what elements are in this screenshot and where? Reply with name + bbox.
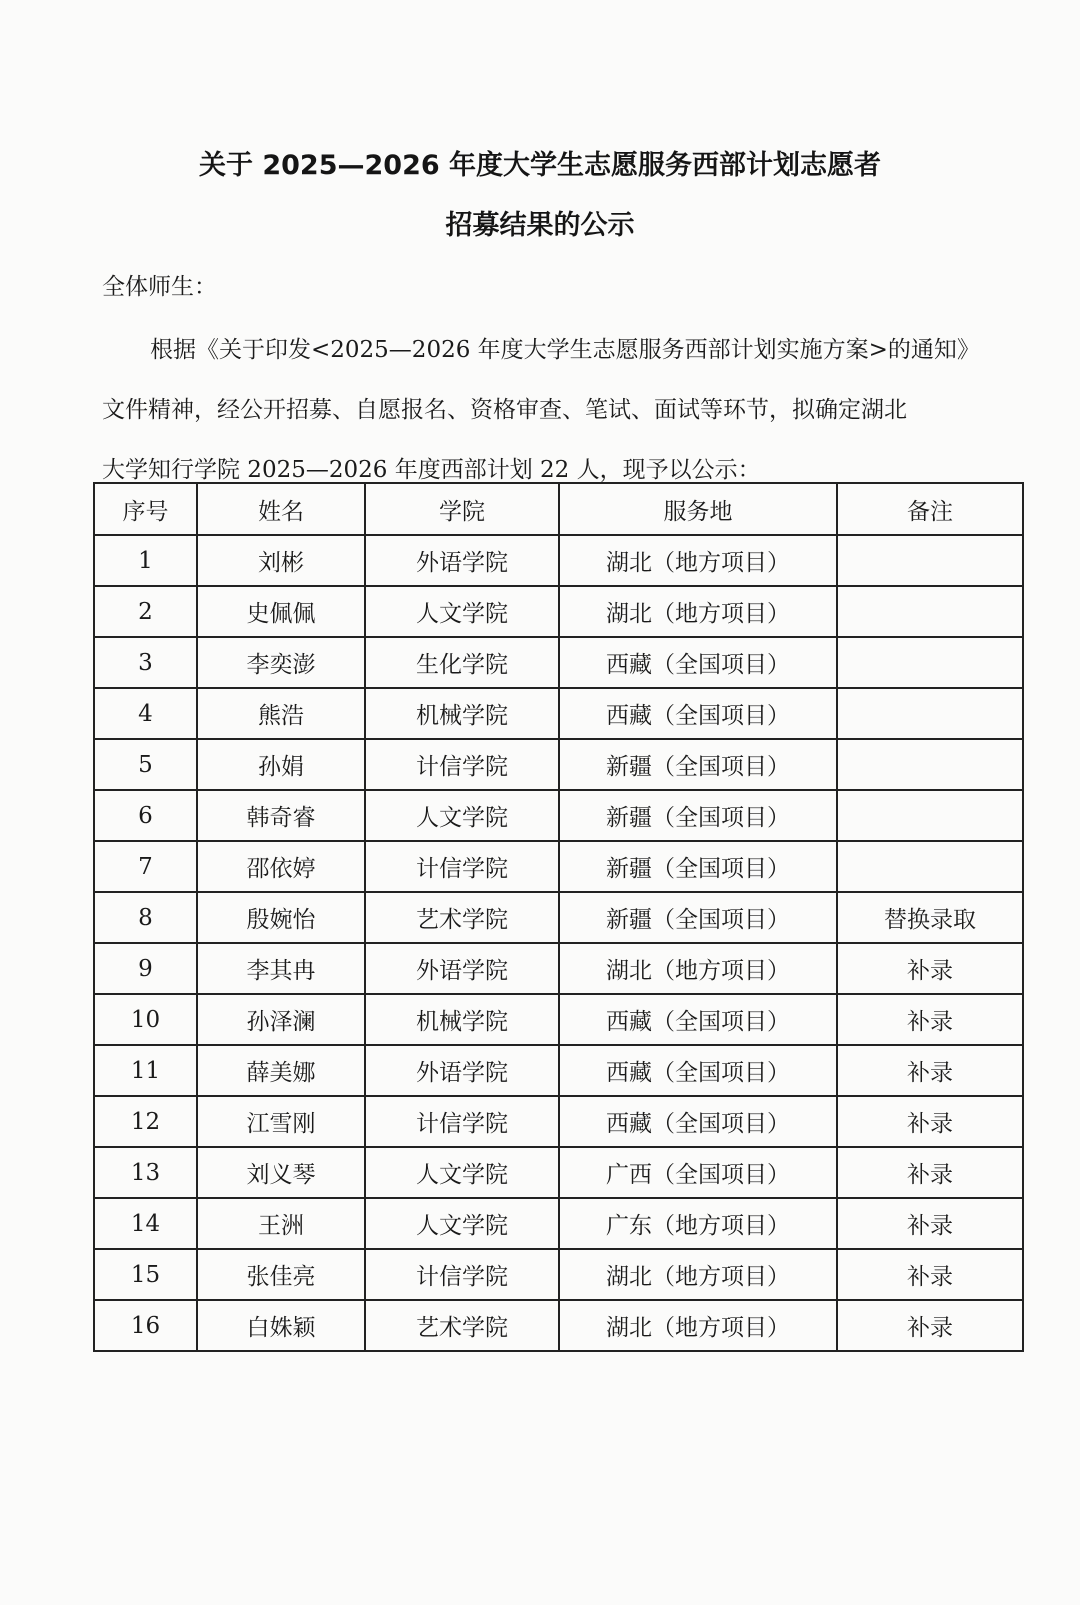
cell-note: 替换录取 <box>837 892 1023 943</box>
table-row: 14王洲人文学院广东（地方项目）补录 <box>94 1198 1023 1249</box>
cell-name: 张佳亮 <box>197 1249 365 1300</box>
document-title-line-2: 招募结果的公示 <box>0 203 1080 242</box>
cell-place: 广西（全国项目） <box>559 1147 837 1198</box>
cell-name: 白姝颖 <box>197 1300 365 1351</box>
table-row: 4熊浩机械学院西藏（全国项目） <box>94 688 1023 739</box>
table-row: 2史佩佩人文学院湖北（地方项目） <box>94 586 1023 637</box>
table-row: 11薛美娜外语学院西藏（全国项目）补录 <box>94 1045 1023 1096</box>
cell-note: 补录 <box>837 1045 1023 1096</box>
cell-college: 人文学院 <box>365 586 559 637</box>
cell-note: 补录 <box>837 1147 1023 1198</box>
cell-no: 6 <box>94 790 197 841</box>
cell-college: 艺术学院 <box>365 1300 559 1351</box>
cell-college: 生化学院 <box>365 637 559 688</box>
cell-college: 人文学院 <box>365 1198 559 1249</box>
table-row: 8殷婉怡艺术学院新疆（全国项目）替换录取 <box>94 892 1023 943</box>
cell-note <box>837 637 1023 688</box>
cell-note: 补录 <box>837 1198 1023 1249</box>
table-row: 6韩奇睿人文学院新疆（全国项目） <box>94 790 1023 841</box>
header-place: 服务地 <box>559 483 837 535</box>
cell-college: 人文学院 <box>365 1147 559 1198</box>
cell-no: 9 <box>94 943 197 994</box>
cell-no: 1 <box>94 535 197 586</box>
table-row: 10孙泽澜机械学院西藏（全国项目）补录 <box>94 994 1023 1045</box>
cell-place: 湖北（地方项目） <box>559 586 837 637</box>
table-row: 12江雪刚计信学院西藏（全国项目）补录 <box>94 1096 1023 1147</box>
cell-name: 江雪刚 <box>197 1096 365 1147</box>
cell-place: 广东（地方项目） <box>559 1198 837 1249</box>
cell-place: 湖北（地方项目） <box>559 535 837 586</box>
cell-name: 殷婉怡 <box>197 892 365 943</box>
cell-note <box>837 841 1023 892</box>
cell-no: 8 <box>94 892 197 943</box>
cell-place: 新疆（全国项目） <box>559 739 837 790</box>
cell-note <box>837 790 1023 841</box>
cell-no: 15 <box>94 1249 197 1300</box>
body-paragraph: 根据《关于印发<2025—2026 年度大学生志愿服务西部计划实施方案>的通知》… <box>102 320 982 500</box>
table-row: 7邵依婷计信学院新疆（全国项目） <box>94 841 1023 892</box>
cell-place: 湖北（地方项目） <box>559 1300 837 1351</box>
cell-note: 补录 <box>837 994 1023 1045</box>
volunteer-table: 序号 姓名 学院 服务地 备注 1刘彬外语学院湖北（地方项目）2史佩佩人文学院湖… <box>93 482 1024 1352</box>
cell-college: 计信学院 <box>365 1096 559 1147</box>
cell-college: 人文学院 <box>365 790 559 841</box>
cell-no: 12 <box>94 1096 197 1147</box>
table-row: 1刘彬外语学院湖北（地方项目） <box>94 535 1023 586</box>
cell-no: 4 <box>94 688 197 739</box>
cell-no: 16 <box>94 1300 197 1351</box>
cell-note: 补录 <box>837 1096 1023 1147</box>
table-row: 13刘义琴人文学院广西（全国项目）补录 <box>94 1147 1023 1198</box>
body-line: 文件精神，经公开招募、自愿报名、资格审查、笔试、面试等环节，拟确定湖北 <box>102 380 982 440</box>
cell-no: 11 <box>94 1045 197 1096</box>
cell-place: 新疆（全国项目） <box>559 841 837 892</box>
cell-note <box>837 586 1023 637</box>
cell-name: 李其冉 <box>197 943 365 994</box>
cell-no: 14 <box>94 1198 197 1249</box>
body-line: 根据《关于印发<2025—2026 年度大学生志愿服务西部计划实施方案>的通知》 <box>102 320 982 380</box>
table-header-row: 序号 姓名 学院 服务地 备注 <box>94 483 1023 535</box>
cell-place: 西藏（全国项目） <box>559 994 837 1045</box>
cell-name: 孙娟 <box>197 739 365 790</box>
header-no: 序号 <box>94 483 197 535</box>
cell-college: 外语学院 <box>365 943 559 994</box>
header-note: 备注 <box>837 483 1023 535</box>
cell-college: 外语学院 <box>365 1045 559 1096</box>
cell-no: 3 <box>94 637 197 688</box>
table-row: 3李奕澎生化学院西藏（全国项目） <box>94 637 1023 688</box>
cell-note: 补录 <box>837 1249 1023 1300</box>
cell-name: 史佩佩 <box>197 586 365 637</box>
cell-name: 刘彬 <box>197 535 365 586</box>
salutation: 全体师生： <box>102 268 217 301</box>
cell-no: 2 <box>94 586 197 637</box>
cell-place: 西藏（全国项目） <box>559 1045 837 1096</box>
cell-place: 西藏（全国项目） <box>559 637 837 688</box>
cell-college: 计信学院 <box>365 841 559 892</box>
cell-no: 5 <box>94 739 197 790</box>
cell-name: 刘义琴 <box>197 1147 365 1198</box>
cell-note <box>837 535 1023 586</box>
cell-place: 湖北（地方项目） <box>559 943 837 994</box>
cell-name: 王洲 <box>197 1198 365 1249</box>
cell-college: 艺术学院 <box>365 892 559 943</box>
cell-college: 外语学院 <box>365 535 559 586</box>
cell-note: 补录 <box>837 1300 1023 1351</box>
cell-place: 新疆（全国项目） <box>559 790 837 841</box>
cell-name: 邵依婷 <box>197 841 365 892</box>
cell-place: 西藏（全国项目） <box>559 688 837 739</box>
cell-college: 计信学院 <box>365 1249 559 1300</box>
cell-name: 韩奇睿 <box>197 790 365 841</box>
cell-place: 湖北（地方项目） <box>559 1249 837 1300</box>
document-title-line-1: 关于 2025—2026 年度大学生志愿服务西部计划志愿者 <box>0 143 1080 182</box>
cell-place: 西藏（全国项目） <box>559 1096 837 1147</box>
cell-college: 机械学院 <box>365 994 559 1045</box>
header-name: 姓名 <box>197 483 365 535</box>
cell-name: 薛美娜 <box>197 1045 365 1096</box>
cell-college: 机械学院 <box>365 688 559 739</box>
cell-place: 新疆（全国项目） <box>559 892 837 943</box>
cell-note: 补录 <box>837 943 1023 994</box>
cell-name: 李奕澎 <box>197 637 365 688</box>
cell-no: 7 <box>94 841 197 892</box>
cell-note <box>837 688 1023 739</box>
header-college: 学院 <box>365 483 559 535</box>
cell-name: 熊浩 <box>197 688 365 739</box>
cell-college: 计信学院 <box>365 739 559 790</box>
cell-no: 13 <box>94 1147 197 1198</box>
cell-name: 孙泽澜 <box>197 994 365 1045</box>
table-row: 16白姝颖艺术学院湖北（地方项目）补录 <box>94 1300 1023 1351</box>
table-row: 5孙娟计信学院新疆（全国项目） <box>94 739 1023 790</box>
table-row: 15张佳亮计信学院湖北（地方项目）补录 <box>94 1249 1023 1300</box>
table-row: 9李其冉外语学院湖北（地方项目）补录 <box>94 943 1023 994</box>
cell-note <box>837 739 1023 790</box>
cell-no: 10 <box>94 994 197 1045</box>
